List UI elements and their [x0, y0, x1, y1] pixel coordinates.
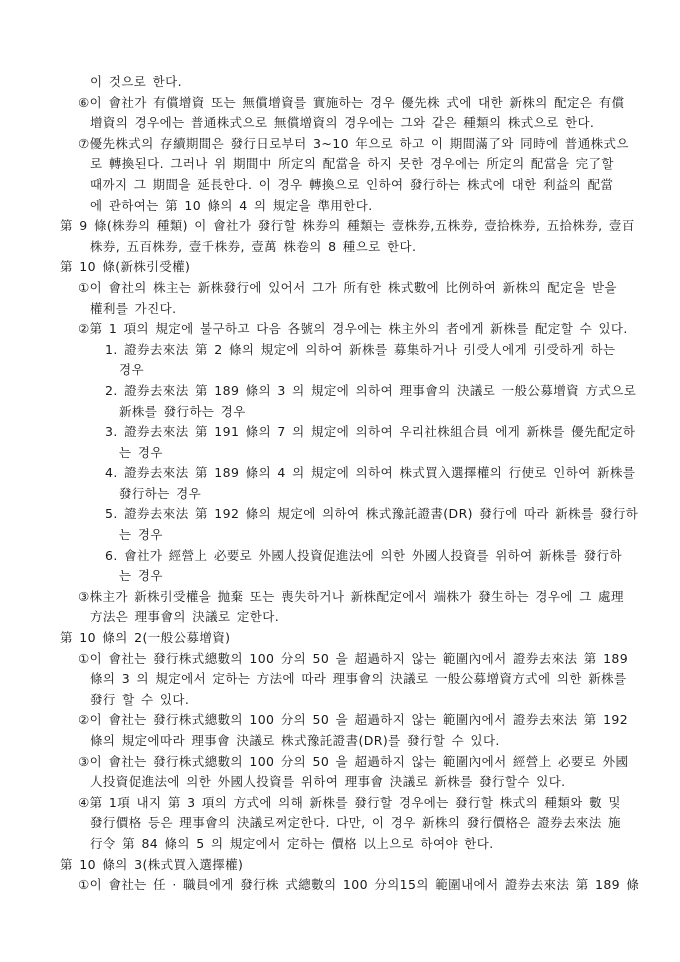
document-line: 5. 證券去來法 第 192 條의 規定에 의하여 株式豫託證書(DR) 發行에…	[60, 504, 628, 525]
document-line: 第 10 條의 3(株式買入選擇權)	[60, 855, 628, 876]
document-line: ⑦優先株式의 存續期間은 發行日로부터 3~10 年으로 하고 이 期間滿了와 …	[60, 134, 628, 155]
document-page: 이 것으로 한다.⑥이 會社가 有償增資 또는 無償增資를 實施하는 경우 優先…	[0, 0, 680, 962]
document-line: 第 10 條의 2(一般公募增資)	[60, 628, 628, 649]
document-line: 發行價格 등은 理事會의 決議로쩌定한다. 다만, 이 경우 新株의 發行價格은…	[60, 813, 628, 834]
document-line: ④第 1項 내지 第 3 項의 方式에 의해 新株를 發行할 경우에는 發行할 …	[60, 793, 628, 814]
document-line: 發行 할 수 있다.	[60, 690, 628, 711]
document-line: ①이 會社는 發行株式總數의 100 分의 50 을 超過하지 않는 範圍內에서…	[60, 649, 628, 670]
document-line: 2. 證券去來法 第 189 條의 3 의 規定에 의하여 理事會의 決議로 一…	[60, 381, 628, 402]
document-line: 이 것으로 한다.	[60, 72, 628, 93]
document-line: ①이 會社의 株主는 新株發行에 있어서 그가 所有한 株式數에 比例하여 新株…	[60, 278, 628, 299]
document-line: 에 관하여는 第 10 條의 4 의 規定을 準用한다.	[60, 196, 628, 217]
document-line: ③株主가 新株引受權을 抛棄 또는 喪失하거나 新株配定에서 端株가 發生하는 …	[60, 587, 628, 608]
document-line: 는 경우	[60, 443, 628, 464]
document-line: 行令 第 84 條의 5 의 規定에서 定하는 價格 以上으로 하여야 한다.	[60, 834, 628, 855]
document-line: 때까지 그 期間을 延長한다. 이 경우 轉換으로 인하여 發行하는 株式에 대…	[60, 175, 628, 196]
document-text-block: 이 것으로 한다.⑥이 會社가 有償增資 또는 無償增資를 實施하는 경우 優先…	[60, 72, 628, 896]
document-line: 增資의 경우에는 普通株式으로 無償增資의 경우에는 그와 같은 種類의 株式으…	[60, 113, 628, 134]
document-line: 株券, 五百株券, 壹千株券, 壹萬 株卷의 8 種으로 한다.	[60, 237, 628, 258]
document-line: 發行하는 경우	[60, 484, 628, 505]
document-line: 方法은 理事會의 決議로 定한다.	[60, 607, 628, 628]
document-line: ⑥이 會社가 有償增資 또는 無償增資를 實施하는 경우 優先株 式에 대한 新…	[60, 93, 628, 114]
document-line: 3. 證券去來法 第 191 條의 7 의 規定에 의하여 우리社株組合員 에게…	[60, 422, 628, 443]
document-line: 경우	[60, 360, 628, 381]
document-line: 條의 3 의 規定에서 定하는 方法에 따라 理事會의 決議로 一般公募增資方式…	[60, 669, 628, 690]
document-line: 4. 證券去來法 第 189 條의 4 의 規定에 의하여 株式買入選擇權의 行…	[60, 463, 628, 484]
document-line: 權利를 가진다.	[60, 299, 628, 320]
document-line: 新株를 發行하는 경우	[60, 402, 628, 423]
document-line: 人投資促進法에 의한 外國人投資를 위하여 理事會 決議로 新株를 發行할수 있…	[60, 772, 628, 793]
document-line: 第 9 條(株券의 種類) 이 會社가 發行할 株券의 種類는 壹株券,五株券,…	[60, 216, 628, 237]
document-line: ②第 1 項의 規定에 불구하고 다음 各號의 경우에는 株主外의 者에게 新株…	[60, 319, 628, 340]
document-line: 는 경우	[60, 566, 628, 587]
document-line: 1. 證券去來法 第 2 條의 規定에 의하여 新株를 募集하거나 引受人에게 …	[60, 340, 628, 361]
document-line: ③이 會社는 發行株式總數의 100 分의 50 을 超過하지 않는 範圍內에서…	[60, 752, 628, 773]
document-line: ①이 會社는 任 · 職員에게 發行株 式總數의 100 分의15의 範圍내에서…	[60, 875, 628, 896]
document-line: 第 10 條(新株引受權)	[60, 257, 628, 278]
document-line: 로 轉換된다. 그러나 위 期間中 所定의 配當을 하지 못한 경우에는 所定의…	[60, 154, 628, 175]
document-line: 는 경우	[60, 525, 628, 546]
document-line: 6. 會社가 經營上 必要로 外國人投資促進法에 의한 外國人投資를 위하여 新…	[60, 546, 628, 567]
document-line: 條의 規定에따라 理事會 決議로 株式豫託證書(DR)를 發行할 수 있다.	[60, 731, 628, 752]
document-line: ②이 會社는 發行株式總數의 100 分의 50 을 超過하지 않는 範圍內에서…	[60, 710, 628, 731]
